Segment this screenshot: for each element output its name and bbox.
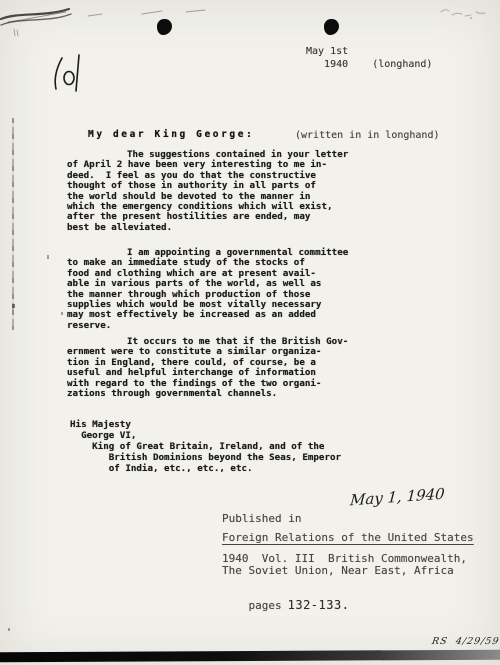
scan-speck (47, 255, 49, 259)
citation-volume: 1940 Vol. III British Commonwealth, The … (222, 553, 467, 576)
filing-note: RS 4/29/59 (431, 636, 500, 647)
scanned-letter-page: May 1st 1940 (longhand) My dear King Geo… (0, 0, 500, 665)
letter-paragraph: The suggestions contained in your letter… (67, 150, 357, 233)
pages-value: 132-133. (288, 598, 350, 612)
salutation-note: (written in in longhand) (295, 130, 440, 141)
scan-bottom-edge (0, 650, 500, 663)
salutation: My dear King George: (88, 129, 254, 140)
letter-paragraph: I am appointing a governmental committee… (67, 248, 357, 331)
handwritten-corner-mark (48, 50, 88, 96)
scan-edge-artifact (12, 118, 14, 330)
letter-paragraph: It occurs to me that if the British Gov-… (67, 337, 357, 399)
handwritten-date: May 1, 1940 (349, 485, 445, 510)
hole-punch-dot (324, 19, 339, 35)
citation-pages: pages132-133. (222, 585, 349, 625)
addressee-block: His Majesty George VI, King of Great Bri… (70, 419, 360, 474)
citation-title: Foreign Relations of the United States (222, 531, 474, 544)
scan-speck (12, 304, 15, 308)
published-in-label: Published in (222, 512, 301, 525)
pencil-scribble-artifact (0, 2, 210, 46)
pages-label: pages (249, 599, 282, 612)
typed-date: May 1st 1940 (longhand) (306, 46, 432, 71)
scan-speck (8, 628, 10, 631)
pencil-marks-artifact (438, 6, 493, 22)
scan-speck (61, 312, 63, 315)
